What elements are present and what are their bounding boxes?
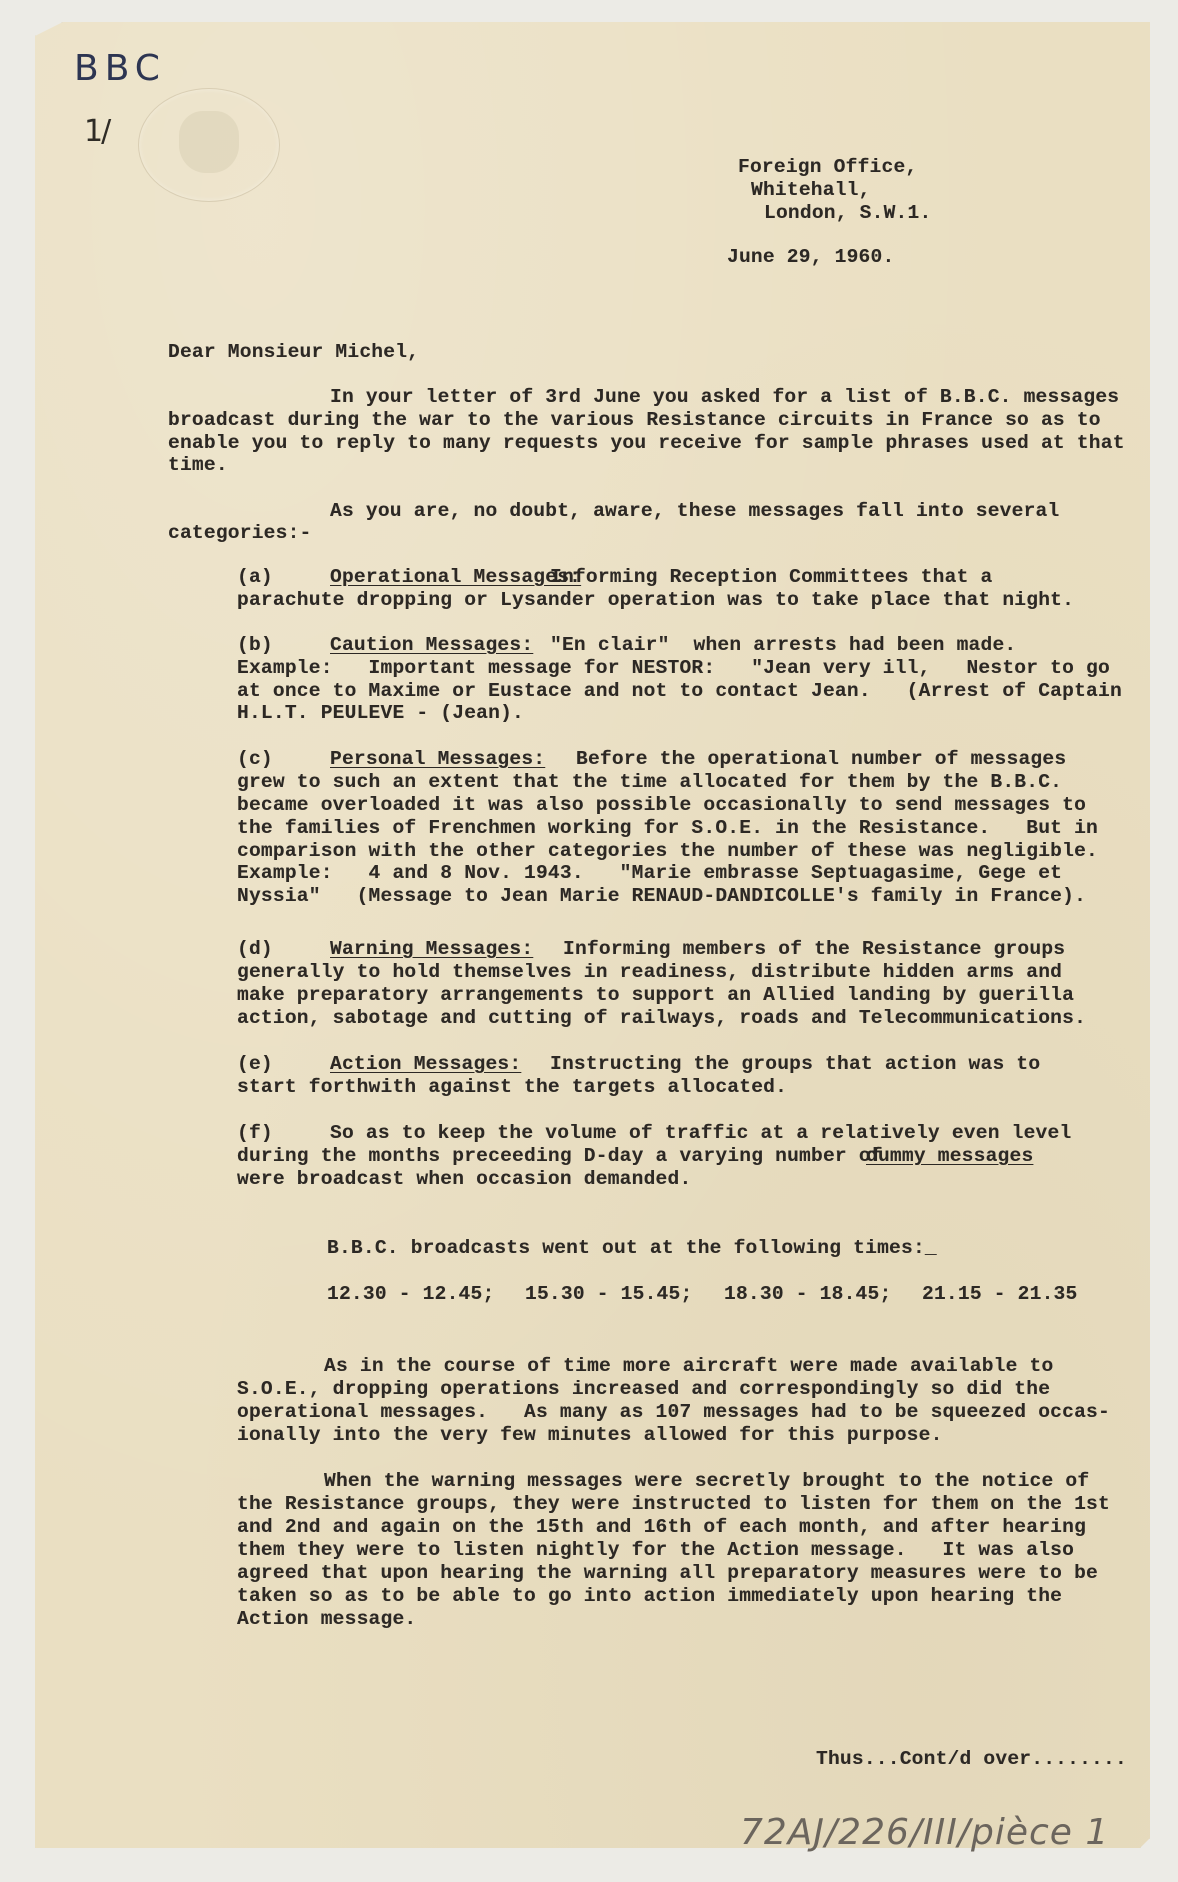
aircraft-paragraph-line: S.O.E., dropping operations increased an… [237,1378,1050,1401]
address-line-2: Whitehall, [751,179,871,202]
category-title: Action Messages: [330,1053,521,1076]
category-label: (b) [237,634,273,657]
warning-paragraph-line: agreed that upon hearing the warning all… [237,1562,1098,1585]
category-text-line: comparison with the other categories the… [237,840,1098,863]
categories-intro-line: As you are, no doubt, aware, these messa… [330,500,1059,523]
category-text-line: parachute dropping or Lysander operation… [237,589,1074,612]
letter-date: June 29, 1960. [727,246,894,269]
category-text-line: generally to hold themselves in readines… [237,961,1062,984]
warning-paragraph-line: taken so as to be able to go into action… [237,1585,1062,1608]
archive-reference: 72AJ/226/III/pièce 1 [740,1812,1109,1853]
category-title: Operational Messages: [330,566,581,589]
category-label: (c) [237,748,273,771]
intro-line: enable you to reply to many requests you… [168,432,1125,455]
handwritten-bbc-annotation: BBC [74,48,166,89]
category-text-line: Example: 4 and 8 Nov. 1943. "Marie embra… [237,862,1062,885]
salutation: Dear Monsieur Michel, [168,341,419,364]
dummy-messages-phrase: dummy messages [866,1145,1033,1168]
category-text-line: So as to keep the volume of traffic at a… [330,1122,1071,1145]
broadcast-slot: 15.30 - 15.45; [525,1283,692,1306]
folio-mark: 1/ [84,114,109,149]
category-text-line: Instructing the groups that action was t… [550,1053,1040,1076]
categories-intro-line: categories:- [168,522,312,545]
address-line-3: London, S.W.1. [764,202,931,225]
category-label: (d) [237,938,273,961]
category-title: Personal Messages: [330,748,545,771]
embossed-seal-icon [138,88,280,202]
broadcast-slot: 18.30 - 18.45; [724,1283,891,1306]
category-label: (e) [237,1053,273,1076]
intro-line: In your letter of 3rd June you asked for… [330,386,1119,409]
aircraft-paragraph-line: As in the course of time more aircraft w… [324,1355,1053,1378]
address-line-1: Foreign Office, [738,156,917,179]
category-text-line: action, sabotage and cutting of railways… [237,1007,1086,1030]
category-text-line: were broadcast when occasion demanded. [237,1168,691,1191]
category-text-line: Informing members of the Resistance grou… [563,938,1065,961]
category-text-line: start forthwith against the targets allo… [237,1076,787,1099]
category-text-line: Example: Important message for NESTOR: "… [237,657,1110,680]
broadcast-times-intro: B.B.C. broadcasts went out at the follow… [327,1237,937,1260]
intro-line: broadcast during the war to the various … [168,409,1101,432]
intro-line: time. [168,454,228,477]
category-text-line: Nyssia" (Message to Jean Marie RENAUD-DA… [237,885,1086,908]
broadcast-slot: 12.30 - 12.45; [327,1283,494,1306]
category-title: Warning Messages: [330,938,533,961]
category-text-line: became overloaded it was also possible o… [237,794,1086,817]
category-text-line: "En clair" when arrests had been made. [550,634,1016,657]
category-label: (f) [237,1122,273,1145]
category-text-line: the families of Frenchmen working for S.… [237,817,1098,840]
broadcast-slot: 21.15 - 21.35 [922,1283,1077,1306]
category-text-line: make preparatory arrangements to support… [237,984,1074,1007]
category-text-line: at once to Maxime or Eustace and not to … [237,680,1122,703]
category-text-line: grew to such an extent that the time all… [237,771,1062,794]
category-title: Caution Messages: [330,634,533,657]
warning-paragraph-line: and 2nd and again on the 15th and 16th o… [237,1516,1086,1539]
aircraft-paragraph-line: ionally into the very few minutes allowe… [237,1424,943,1447]
aircraft-paragraph-line: operational messages. As many as 107 mes… [237,1401,1110,1424]
category-text-line: Before the operational number of message… [576,748,1066,771]
category-label: (a) [237,566,273,589]
warning-paragraph-line: When the warning messages were secretly … [324,1470,1089,1493]
warning-paragraph-line: the Resistance groups, they were instruc… [237,1493,1110,1516]
category-text-line: Informing Reception Committees that a [550,566,992,589]
continuation-note: Thus...Cont/d over........ [816,1748,1127,1771]
category-text-line: during the months preceeding D-day a var… [237,1145,895,1168]
warning-paragraph-line: Action message. [237,1608,416,1631]
category-text-line: H.L.T. PEULEVE - (Jean). [237,702,524,725]
warning-paragraph-line: them they were to listen nightly for the… [237,1539,1074,1562]
